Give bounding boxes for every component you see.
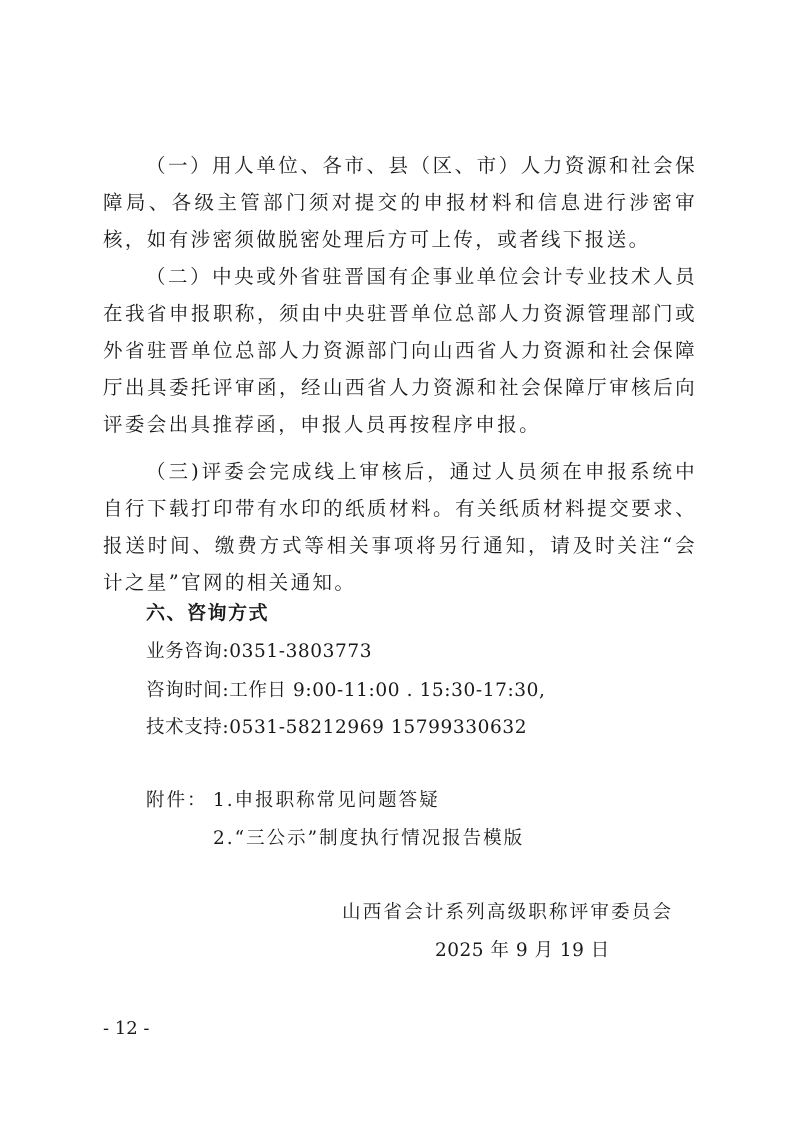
section-heading-contact: 六、咨询方式 bbox=[146, 598, 269, 625]
paragraph-central-units: （二）中央或外省驻晋国有企事业单位会计专业技术人员在我省申报职称，须由中央驻晋单… bbox=[103, 258, 697, 443]
tech-support-phone: 技术支持:0531-58212969 15799330632 bbox=[146, 713, 527, 739]
attachment-item: 1.申报职称常见问题答疑 bbox=[213, 786, 440, 812]
attachments-label: 附件： bbox=[146, 786, 208, 812]
page-number: - 12 - bbox=[103, 1018, 150, 1039]
signature-date: 2025 年 9 月 19 日 bbox=[435, 936, 610, 962]
signature-organization: 山西省会计系列高级职称评审委员会 bbox=[342, 898, 673, 924]
paragraph-paper-materials: （三)评委会完成线上审核后，通过人员须在申报系统中自行下载打印带有水印的纸质材料… bbox=[103, 453, 697, 601]
document-page: （一）用人单位、各市、县（区、市）人力资源和社会保障局、各级主管部门须对提交的申… bbox=[0, 0, 793, 1122]
inquiry-hours: 咨询时间:工作日 9:00-11:00 . 15:30-17:30, bbox=[146, 676, 546, 702]
business-inquiry-phone: 业务咨询:0351-3803773 bbox=[146, 637, 372, 663]
paragraph-confidentiality-review: （一）用人单位、各市、县（区、市）人力资源和社会保障局、各级主管部门须对提交的申… bbox=[103, 147, 697, 258]
attachment-item: 2.“三公示”制度执行情况报告模版 bbox=[213, 824, 524, 850]
